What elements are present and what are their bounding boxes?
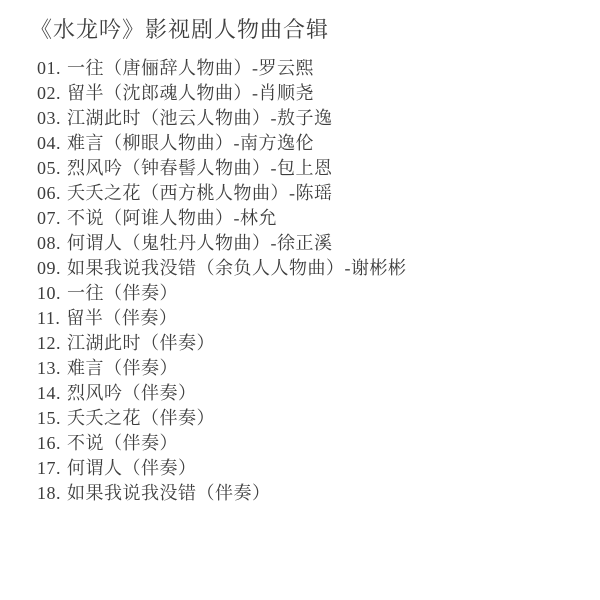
track-title: 留半（沈郎魂人物曲）-肖顺尧	[67, 81, 314, 106]
page-title: 《水龙吟》影视剧人物曲合辑	[30, 15, 329, 45]
track-number: 12.	[37, 331, 61, 356]
track-title: 如果我说我没错（伴奏）	[67, 481, 271, 506]
track-title: 夭夭之花（伴奏）	[67, 406, 215, 431]
track-title: 难言（柳眼人物曲）-南方逸伦	[67, 131, 314, 156]
track-number: 09.	[37, 256, 61, 281]
track-title: 烈风吟（钟春髻人物曲）-包上恩	[67, 156, 333, 181]
tracklist: 01.一往（唐俪辞人物曲）-罗云熙 02.留半（沈郎魂人物曲）-肖顺尧 03.江…	[37, 56, 407, 506]
track-row: 10.一往（伴奏）	[37, 281, 407, 306]
track-number: 01.	[37, 56, 61, 81]
track-number: 14.	[37, 381, 61, 406]
track-title: 不说（阿谁人物曲）-林允	[67, 206, 277, 231]
track-title: 如果我说我没错（余负人人物曲）-谢彬彬	[67, 256, 407, 281]
track-row: 16.不说（伴奏）	[37, 431, 407, 456]
track-title: 不说（伴奏）	[67, 431, 178, 456]
track-row: 17.何谓人（伴奏）	[37, 456, 407, 481]
track-number: 03.	[37, 106, 61, 131]
track-number: 02.	[37, 81, 61, 106]
track-number: 16.	[37, 431, 61, 456]
track-row: 11.留半（伴奏）	[37, 306, 407, 331]
track-row: 06.夭夭之花（西方桃人物曲）-陈瑶	[37, 181, 407, 206]
track-title: 一往（唐俪辞人物曲）-罗云熙	[67, 56, 314, 81]
track-number: 05.	[37, 156, 61, 181]
track-number: 07.	[37, 206, 61, 231]
track-row: 13.难言（伴奏）	[37, 356, 407, 381]
track-row: 18.如果我说我没错（伴奏）	[37, 481, 407, 506]
track-number: 17.	[37, 456, 61, 481]
track-row: 14.烈风吟（伴奏）	[37, 381, 407, 406]
track-row: 02.留半（沈郎魂人物曲）-肖顺尧	[37, 81, 407, 106]
track-row: 12.江湖此时（伴奏）	[37, 331, 407, 356]
track-number: 11.	[37, 306, 60, 331]
track-number: 18.	[37, 481, 61, 506]
track-row: 07.不说（阿谁人物曲）-林允	[37, 206, 407, 231]
track-number: 15.	[37, 406, 61, 431]
page: 《水龙吟》影视剧人物曲合辑 01.一往（唐俪辞人物曲）-罗云熙 02.留半（沈郎…	[0, 0, 600, 600]
track-number: 13.	[37, 356, 61, 381]
track-title: 夭夭之花（西方桃人物曲）-陈瑶	[67, 181, 333, 206]
track-row: 15.夭夭之花（伴奏）	[37, 406, 407, 431]
track-number: 08.	[37, 231, 61, 256]
track-row: 03.江湖此时（池云人物曲）-敖子逸	[37, 106, 407, 131]
track-title: 难言（伴奏）	[67, 356, 178, 381]
track-title: 烈风吟（伴奏）	[67, 381, 197, 406]
track-title: 留半（伴奏）	[66, 306, 177, 331]
track-row: 09.如果我说我没错（余负人人物曲）-谢彬彬	[37, 256, 407, 281]
track-row: 04.难言（柳眼人物曲）-南方逸伦	[37, 131, 407, 156]
track-number: 10.	[37, 281, 61, 306]
track-title: 江湖此时（池云人物曲）-敖子逸	[67, 106, 333, 131]
track-title: 一往（伴奏）	[67, 281, 178, 306]
track-row: 05.烈风吟（钟春髻人物曲）-包上恩	[37, 156, 407, 181]
track-row: 08.何谓人（鬼牡丹人物曲）-徐正溪	[37, 231, 407, 256]
track-number: 04.	[37, 131, 61, 156]
track-number: 06.	[37, 181, 61, 206]
track-title: 何谓人（伴奏）	[67, 456, 197, 481]
track-title: 何谓人（鬼牡丹人物曲）-徐正溪	[67, 231, 333, 256]
track-title: 江湖此时（伴奏）	[67, 331, 215, 356]
track-row: 01.一往（唐俪辞人物曲）-罗云熙	[37, 56, 407, 81]
